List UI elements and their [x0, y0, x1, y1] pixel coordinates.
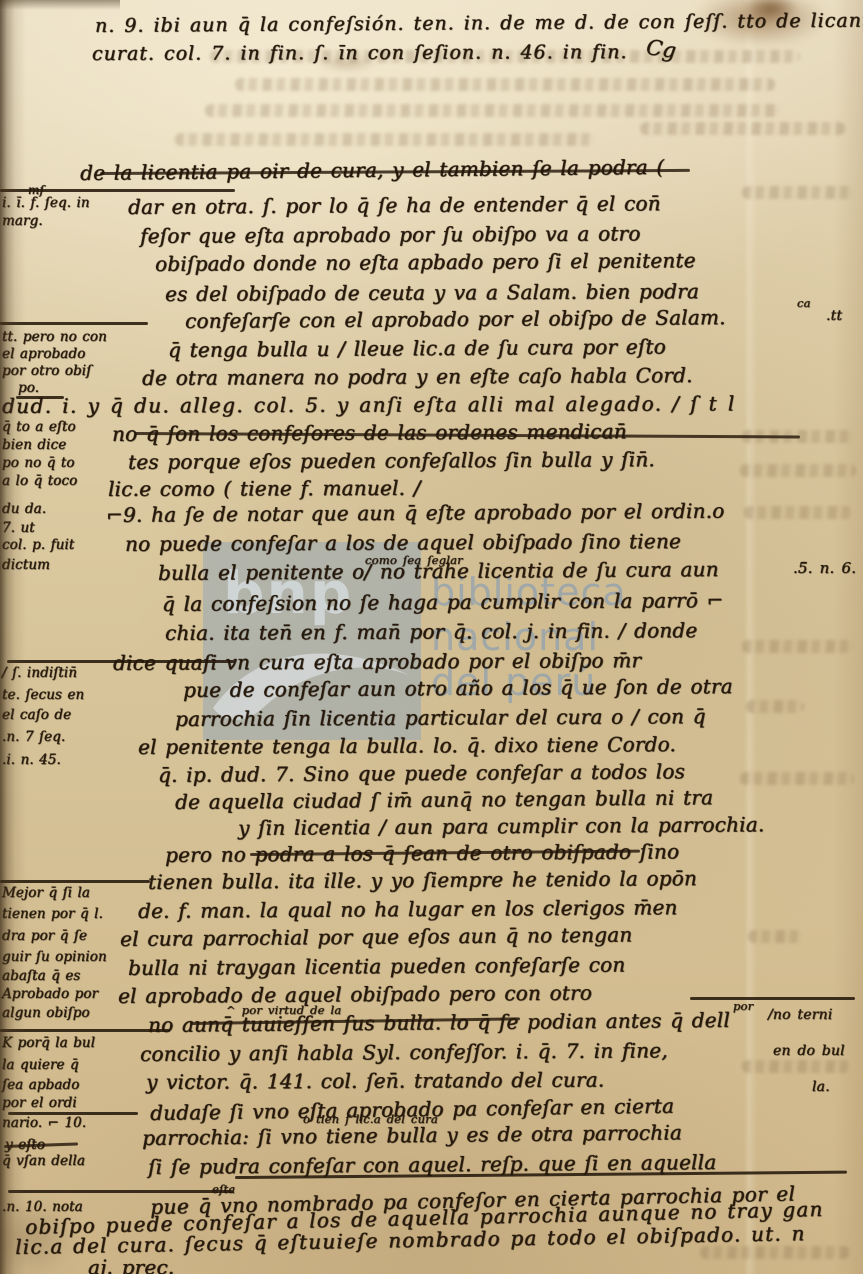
side-note-layer: Cg.tt.5̄. n. 6./no ternien do bulla.	[0, 0, 863, 1274]
side-note: .tt	[826, 309, 842, 324]
manuscript-page: bnp biblioteca nacional del perú n. 9. i…	[0, 0, 863, 1274]
side-note: .5̄. n. 6.	[793, 560, 856, 577]
side-note: /no terni	[768, 1008, 833, 1023]
side-note: la.	[812, 1080, 830, 1095]
side-note: Cg	[645, 36, 678, 63]
side-note: en do bul	[773, 1044, 845, 1059]
